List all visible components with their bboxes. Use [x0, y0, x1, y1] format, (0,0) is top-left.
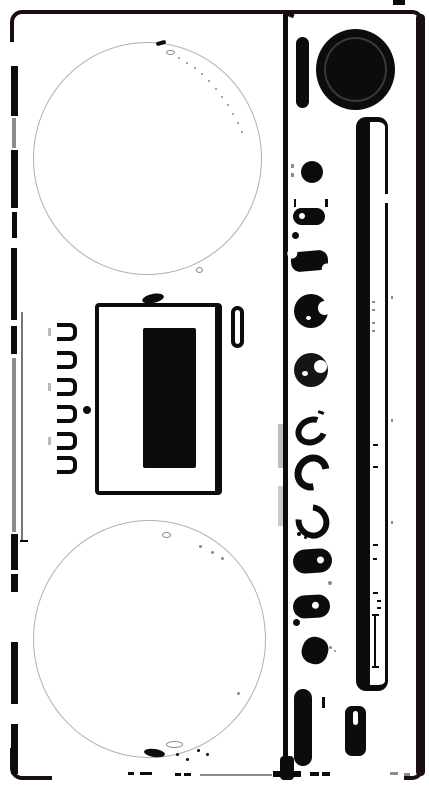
pointer-line-hook [20, 540, 28, 542]
speaker-dot [194, 67, 196, 69]
panel-mark [334, 650, 336, 652]
speaker-dot [211, 551, 214, 554]
bottom-bar-switch[interactable] [294, 689, 312, 766]
panel-mark [328, 581, 332, 585]
transport-key-5[interactable] [57, 432, 77, 450]
button-dot [299, 213, 305, 219]
speaker-dot [199, 545, 202, 548]
speaker-dot [221, 557, 224, 560]
speaker-dot [232, 113, 234, 115]
pointer-line [21, 312, 23, 542]
left-rail-segment [11, 66, 18, 116]
speaker-rim-mark [196, 267, 203, 273]
speaker-rim-mark [162, 532, 171, 538]
left-rail-segment [11, 724, 18, 774]
switch-notch [287, 248, 298, 259]
speaker-dot [237, 692, 240, 695]
left-rail-segment [11, 574, 18, 592]
left-rail-segment [11, 642, 18, 704]
panel-mark [291, 173, 294, 177]
left-rail-segment [11, 534, 18, 570]
button-dot [317, 556, 324, 563]
speaker-dot [186, 62, 188, 64]
power-switch-bar[interactable] [296, 37, 309, 108]
speaker-dot [197, 749, 200, 752]
speaker-dot [178, 57, 180, 59]
knob-ring [324, 37, 387, 102]
panel-mark [322, 697, 325, 708]
knob-notch [314, 360, 327, 373]
key-shadow [48, 437, 51, 445]
knob-notch [318, 301, 331, 315]
button-dot [312, 602, 319, 609]
scale-tick [372, 301, 375, 303]
scale-side-dot [391, 521, 393, 524]
tuning-scale[interactable] [356, 117, 388, 691]
bottom-edge-dash [390, 772, 398, 775]
panel-mark [291, 164, 294, 168]
knob-notch [302, 371, 308, 376]
panel-mark [294, 199, 296, 207]
scale-border-gap [384, 194, 389, 203]
bottom-edge-dash [175, 773, 181, 776]
transport-key-6[interactable] [57, 456, 77, 474]
scale-side-dot [391, 296, 393, 299]
scale-label-marks [372, 614, 379, 616]
divider-smudge [278, 424, 283, 468]
main-tuning-knob[interactable] [316, 29, 395, 110]
bottom-edge-dash [200, 774, 272, 776]
speaker-dot [215, 88, 217, 90]
divider-smudge [278, 486, 283, 526]
speaker-rim-mark [166, 50, 175, 55]
scale-tick [372, 309, 375, 311]
speaker-rim-mark [166, 741, 183, 748]
speaker-dot [186, 758, 189, 761]
speaker-dot [206, 753, 209, 756]
left-rail-segment [12, 212, 17, 238]
transport-key-1[interactable] [57, 323, 77, 341]
speaker-dot [221, 96, 223, 98]
bottom-edge-dash [322, 772, 330, 776]
scale-label-marks [377, 600, 381, 602]
right-frame-strip [416, 14, 425, 776]
bottom-edge-dash [184, 773, 191, 776]
scale-label-marks [372, 666, 379, 668]
transport-key-4[interactable] [57, 405, 77, 423]
scale-tick [372, 322, 375, 324]
scale-label-marks [377, 607, 381, 609]
scale-tick [373, 558, 377, 560]
key-shadow [48, 383, 51, 391]
pill-button-2[interactable] [292, 548, 333, 575]
panel-mark [325, 199, 328, 207]
bottom-speaker [33, 520, 266, 758]
frame-gap [52, 766, 404, 788]
transport-key-3[interactable] [57, 378, 77, 396]
scale-tick [373, 544, 378, 546]
pill-button-1[interactable] [293, 208, 325, 225]
left-rail-segment [12, 118, 16, 148]
top-edge-tick [393, 0, 405, 5]
left-rail-segment [11, 326, 17, 354]
speaker-dot [176, 753, 179, 756]
hinge-dot [83, 406, 91, 414]
key-shadow [48, 328, 51, 336]
scale-tick [373, 592, 378, 594]
knob-notch [306, 316, 311, 320]
scale-label-marks [374, 615, 376, 668]
door-latch[interactable] [231, 306, 244, 348]
dot-button-2[interactable] [293, 619, 300, 626]
speaker-dot [201, 73, 203, 75]
scale-tick [373, 466, 378, 468]
boombox-sketch [0, 0, 429, 791]
bottom-edge-dash [140, 772, 152, 775]
bottom-edge-dash [404, 773, 410, 776]
left-rail-segment [11, 150, 18, 208]
slide-switch[interactable] [290, 249, 329, 272]
speaker-dot [237, 122, 239, 124]
top-speaker [33, 42, 262, 275]
indicator-led [301, 161, 323, 183]
keyhole-slot [353, 711, 358, 725]
transport-key-2[interactable] [57, 351, 77, 369]
bottom-edge-dash [310, 772, 319, 776]
pill-button-3[interactable] [292, 594, 330, 619]
keyhole-button[interactable] [345, 706, 366, 756]
scale-side-dot [391, 419, 393, 422]
speaker-dot [227, 104, 229, 106]
scale-tick [372, 330, 375, 332]
panel-mark [329, 646, 332, 649]
left-rail-segment [12, 358, 16, 532]
bottom-edge-dash [128, 772, 134, 775]
knob-mark [297, 532, 301, 536]
left-rail-segment [11, 248, 17, 320]
panel-divider [283, 14, 288, 776]
dot-button-1[interactable] [292, 232, 299, 239]
cassette-window [143, 328, 196, 468]
speaker-dot [208, 80, 210, 82]
speaker-dot [241, 131, 243, 133]
knob-mark [304, 536, 307, 539]
bottom-edge-dash [273, 771, 301, 777]
scale-tick [373, 444, 378, 446]
